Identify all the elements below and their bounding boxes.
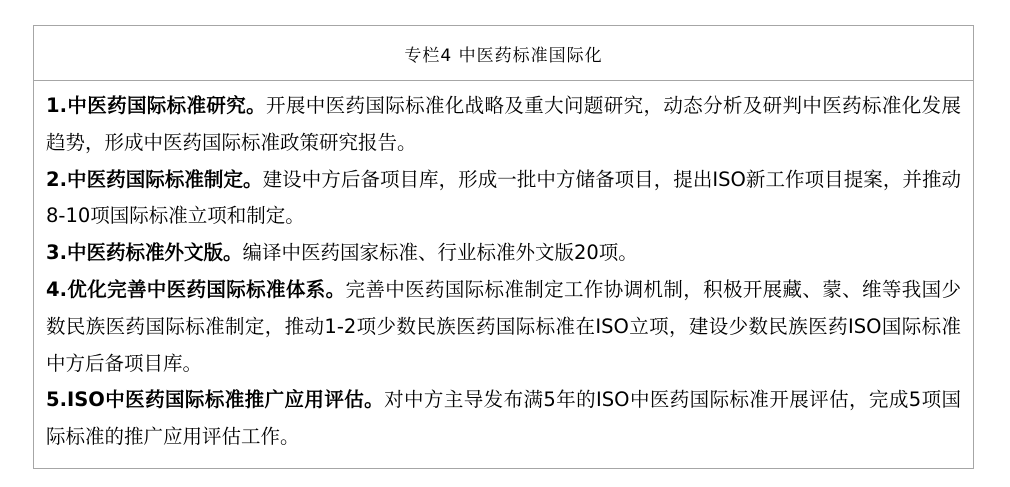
list-item: 4.优化完善中医药国际标准体系。完善中医药国际标准制定工作协调机制，积极开展藏、… (46, 272, 961, 382)
item-lead: 5.ISO中医药国际标准推广应用评估。 (46, 388, 384, 411)
list-item: 3.中医药标准外文版。编译中医药国家标准、行业标准外文版20项。 (46, 235, 961, 272)
item-lead: 2.中医药国际标准制定。 (46, 168, 263, 191)
column-box: 专栏4 中医药标准国际化 1.中医药国际标准研究。开展中医药国际标准化战略及重大… (33, 25, 974, 469)
list-item: 1.中医药国际标准研究。开展中医药国际标准化战略及重大问题研究，动态分析及研判中… (46, 88, 961, 162)
document-page: 专栏4 中医药标准国际化 1.中医药国际标准研究。开展中医药国际标准化战略及重大… (0, 0, 1010, 487)
item-lead: 3.中医药标准外文版。 (46, 241, 242, 264)
list-item: 2.中医药国际标准制定。建设中方后备项目库，形成一批中方储备项目，提出ISO新工… (46, 162, 961, 236)
column-box-body: 1.中医药国际标准研究。开展中医药国际标准化战略及重大问题研究，动态分析及研判中… (34, 81, 973, 468)
item-body: 编译中医药国家标准、行业标准外文版20项。 (242, 241, 637, 264)
list-item: 5.ISO中医药国际标准推广应用评估。对中方主导发布满5年的ISO中医药国际标准… (46, 382, 961, 456)
item-lead: 4.优化完善中医药国际标准体系。 (46, 278, 345, 301)
item-lead: 1.中医药国际标准研究。 (46, 94, 266, 117)
column-box-title: 专栏4 中医药标准国际化 (34, 26, 973, 81)
